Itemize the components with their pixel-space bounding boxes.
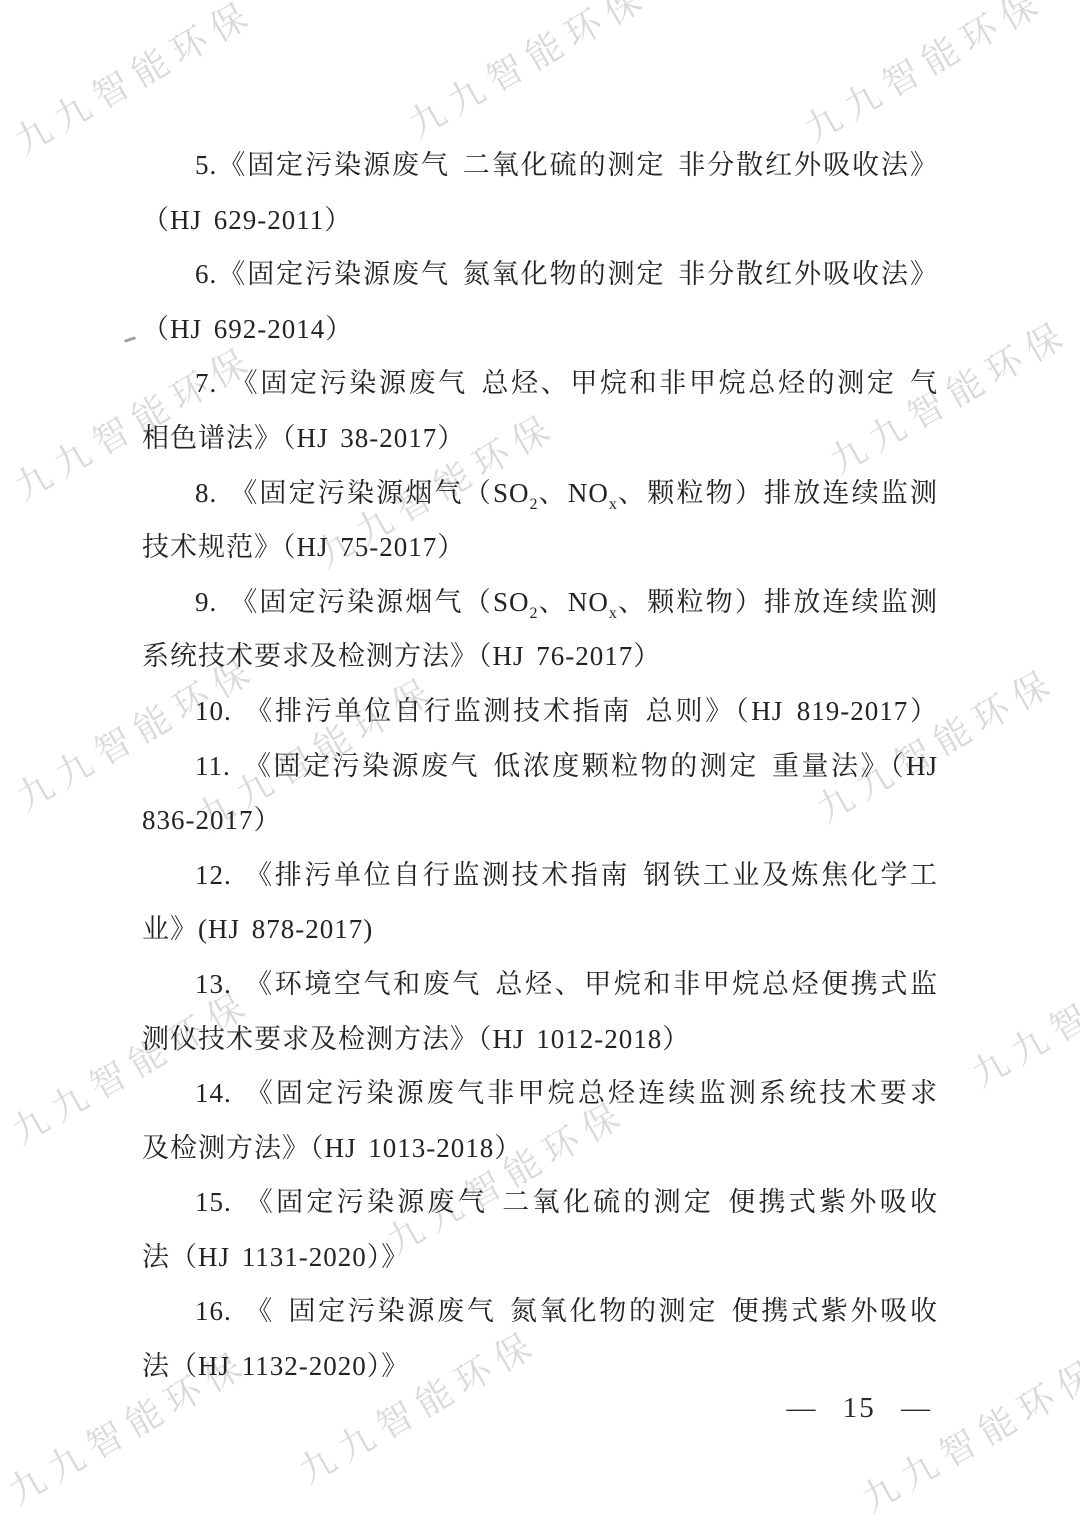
text-line: 测仪技术要求及检测方法》（HJ 1012-2018） bbox=[142, 1012, 938, 1067]
text-line: 8. 《固定污染源烟气（SO2、NOx、颗粒物）排放连续监测 bbox=[142, 466, 938, 521]
text-line: 10. 《排污单位自行监测技术指南 总则》（HJ 819-2017） bbox=[142, 684, 938, 739]
page-number: — 15 — bbox=[787, 1392, 933, 1424]
scan-artifact-dash bbox=[124, 336, 136, 343]
text-line: 15. 《固定污染源废气 二氧化硫的测定 便携式紫外吸收 bbox=[142, 1175, 938, 1230]
text-line: 11. 《固定污染源废气 低浓度颗粒物的测定 重量法》（HJ bbox=[142, 739, 938, 794]
document-page: 九九智能环保九九智能环保九九智能环保九九智能环保九九智能环保九九智能环保九九智能… bbox=[0, 0, 1080, 1525]
document-lines: 5.《固定污染源废气 二氧化硫的测定 非分散红外吸收法》（HJ 629-2011… bbox=[142, 138, 938, 1394]
text-line: 5.《固定污染源废气 二氧化硫的测定 非分散红外吸收法》 bbox=[142, 138, 938, 193]
text-line: 业》(HJ 878-2017) bbox=[142, 902, 938, 957]
page-footer: — 15 — bbox=[787, 1392, 933, 1425]
text-line: （HJ 692-2014） bbox=[142, 302, 938, 357]
watermark-text: 九九智能环保 bbox=[798, 0, 1052, 150]
text-line: 技术规范》（HJ 75-2017） bbox=[142, 520, 938, 575]
watermark-text: 九九智能环保 bbox=[965, 925, 1080, 1095]
text-line: 相色谱法》（HJ 38-2017） bbox=[142, 411, 938, 466]
watermark-text: 九九智能环保 bbox=[402, 0, 656, 145]
text-line: 6.《固定污染源废气 氮氧化物的测定 非分散红外吸收法》 bbox=[142, 247, 938, 302]
text-line: 13. 《环境空气和废气 总烃、甲烷和非甲烷总烃便携式监 bbox=[142, 957, 938, 1012]
text-line: 7. 《固定污染源废气 总烃、甲烷和非甲烷总烃的测定 气 bbox=[142, 356, 938, 411]
text-line: 系统技术要求及检测方法》（HJ 76-2017） bbox=[142, 629, 938, 684]
text-line: 法（HJ 1131-2020）》 bbox=[142, 1230, 938, 1285]
text-line: 法（HJ 1132-2020）》 bbox=[142, 1339, 938, 1394]
text-line: （HJ 629-2011） bbox=[142, 193, 938, 248]
text-line: 14. 《固定污染源废气非甲烷总烃连续监测系统技术要求 bbox=[142, 1066, 938, 1121]
text-line: 9. 《固定污染源烟气（SO2、NOx、颗粒物）排放连续监测 bbox=[142, 575, 938, 630]
text-line: 及检测方法》（HJ 1013-2018） bbox=[142, 1121, 938, 1176]
text-line: 836-2017） bbox=[142, 793, 938, 848]
text-line: 16. 《 固定污染源废气 氮氧化物的测定 便携式紫外吸收 bbox=[142, 1284, 938, 1339]
text-line: 12. 《排污单位自行监测技术指南 钢铁工业及炼焦化学工 bbox=[142, 848, 938, 903]
